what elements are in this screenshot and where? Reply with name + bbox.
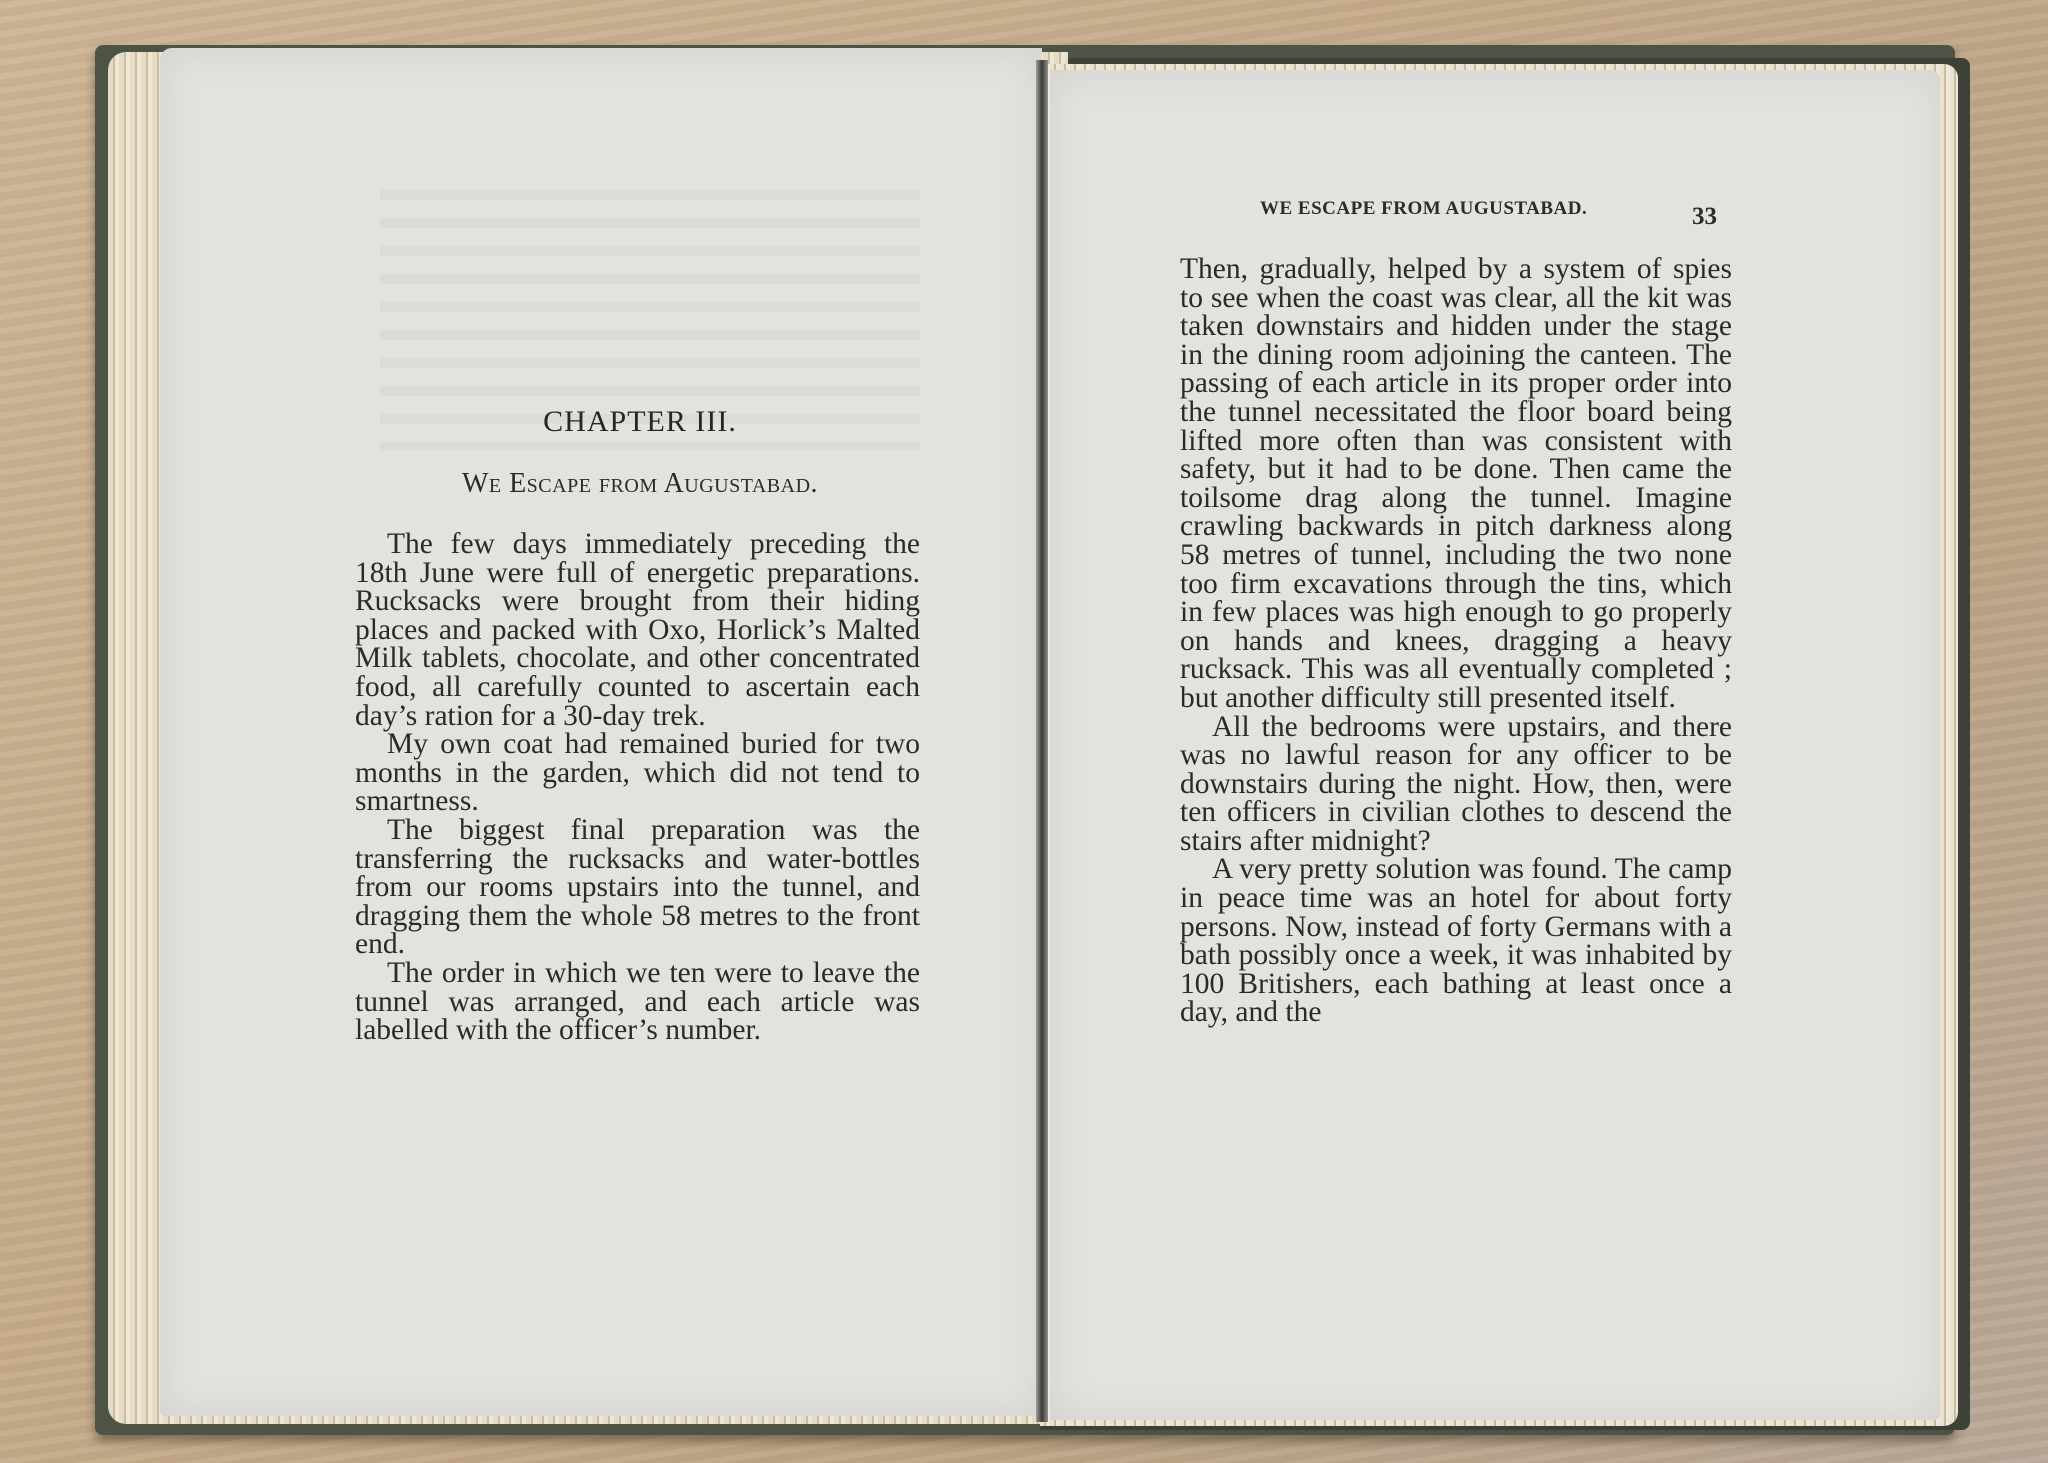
right-page-body: Then, gradually, helped by a system of s… <box>1180 255 1732 1027</box>
paragraph: A very pretty solution was found. The ca… <box>1180 855 1732 1027</box>
paragraph: The biggest final preparation was the tr… <box>355 816 920 959</box>
chapter-title: We Escape from Augustabad. <box>340 468 940 500</box>
paragraph: My own coat had remained buried for two … <box>355 730 920 816</box>
book-gutter <box>1036 60 1048 1422</box>
chapter-heading: CHAPTER III. <box>340 405 940 439</box>
running-head: WE ESCAPE FROM AUGUSTABAD. <box>1260 198 1720 220</box>
paragraph: The few days immediately preceding the 1… <box>355 530 920 730</box>
paragraph: Then, gradually, helped by a system of s… <box>1180 255 1732 713</box>
paragraph: All the bedrooms were upstairs, and ther… <box>1180 713 1732 856</box>
paragraph: The order in which we ten were to leave … <box>355 959 920 1045</box>
left-page-body: The few days immediately preceding the 1… <box>355 530 920 1045</box>
page-number: 33 <box>1692 203 1717 231</box>
